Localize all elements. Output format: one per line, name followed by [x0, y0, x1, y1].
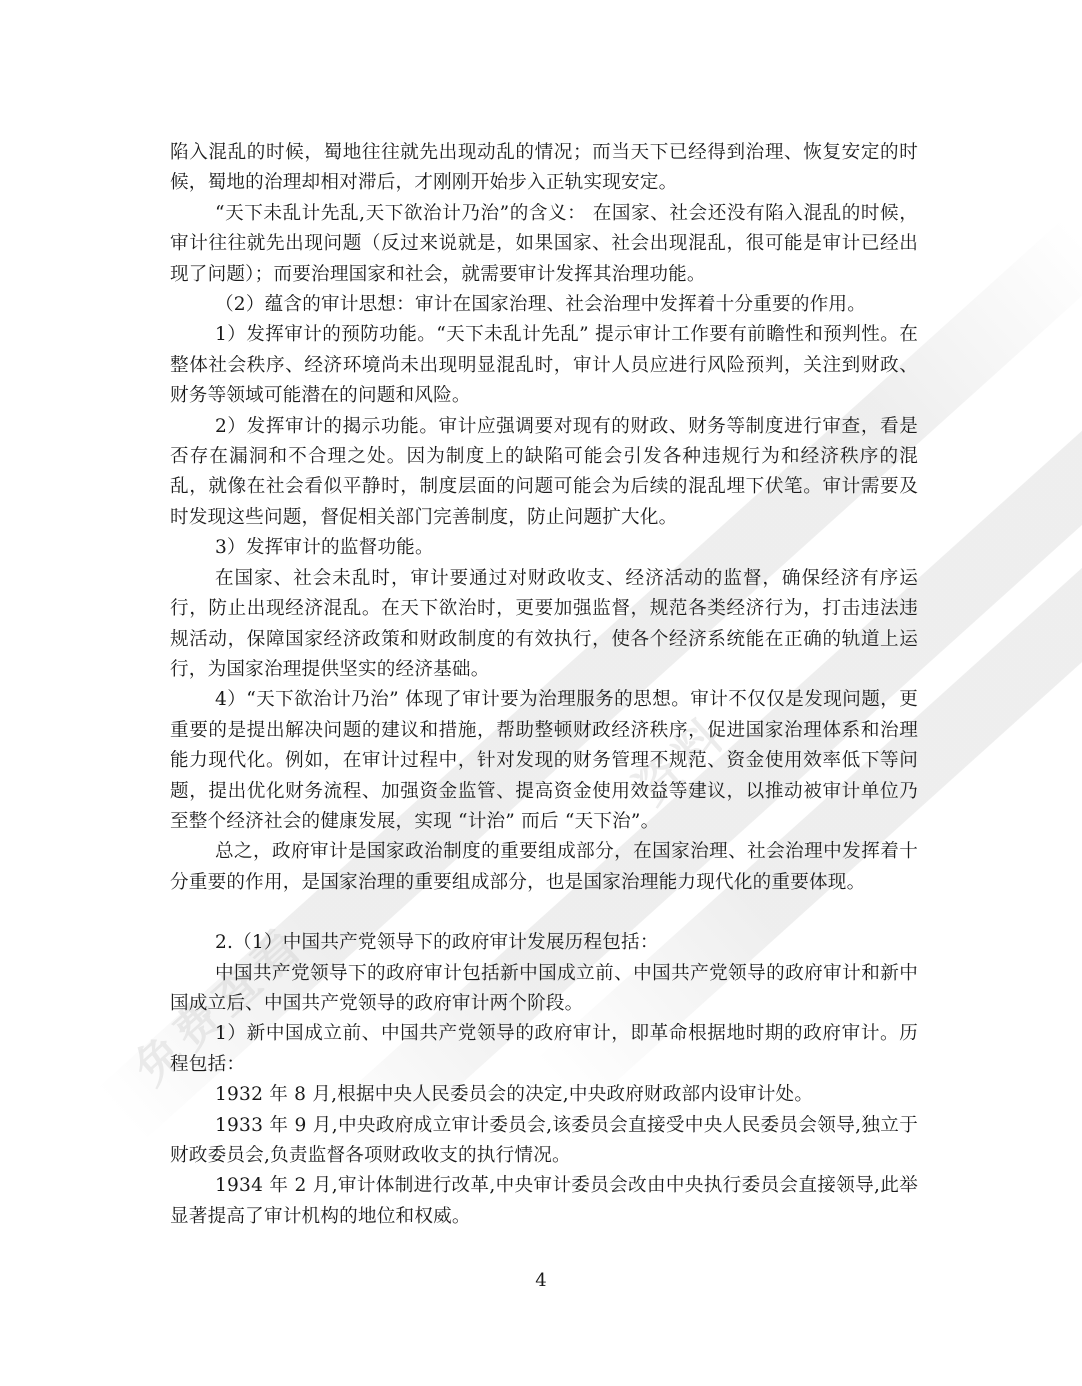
paragraph: 总之，政府审计是国家政治制度的重要组成部分，在国家治理、社会治理中发挥着十分重要…: [170, 837, 918, 898]
paragraph: 3）发挥审计的监督功能。: [170, 533, 918, 563]
paragraph: 中国共产党领导下的政府审计包括新中国成立前、中国共产党领导的政府审计和新中国成立…: [170, 959, 918, 1020]
paragraph: 4）“天下欲治计乃治” 体现了审计要为治理服务的思想。审计不仅仅是发现问题，更重…: [170, 685, 918, 837]
paragraph: 1）发挥审计的预防功能。“天下未乱计先乱” 提示审计工作要有前瞻性和预判性。在整…: [170, 320, 918, 411]
timeline-item: 1932 年 8 月,根据中央人民委员会的决定,中央政府财政部内设审计处。: [170, 1080, 918, 1110]
timeline-item: 1933 年 9 月,中央政府成立审计委员会,该委员会直接受中央人民委员会领导,…: [170, 1111, 918, 1172]
paragraph: 陷入混乱的时候，蜀地往往就先出现动乱的情况；而当天下已经得到治理、恢复安定的时候…: [170, 138, 918, 199]
section-spacer: [170, 898, 918, 928]
document-page: 陷入混乱的时候，蜀地往往就先出现动乱的情况；而当天下已经得到治理、恢复安定的时候…: [170, 138, 918, 1232]
paragraph: 在国家、社会未乱时，审计要通过对财政收支、经济活动的监督，确保经济有序运行，防止…: [170, 564, 918, 686]
paragraph: “天下未乱计先乱,天下欲治计乃治”的含义： 在国家、社会还没有陷入混乱的时候，审…: [170, 199, 918, 290]
paragraph: 1）新中国成立前、中国共产党领导的政府审计，即革命根据地时期的政府审计。历程包括…: [170, 1019, 918, 1080]
page-number: 4: [0, 1270, 1082, 1291]
paragraph: （2）蕴含的审计思想：审计在国家治理、社会治理中发挥着十分重要的作用。: [170, 290, 918, 320]
section-heading: 2.（1）中国共产党领导下的政府审计发展历程包括：: [170, 928, 918, 958]
timeline-item: 1934 年 2 月,审计体制进行改革,中央审计委员会改由中央执行委员会直接领导…: [170, 1171, 918, 1232]
paragraph: 2）发挥审计的揭示功能。审计应强调要对现有的财政、财务等制度进行审查，看是否存在…: [170, 412, 918, 534]
